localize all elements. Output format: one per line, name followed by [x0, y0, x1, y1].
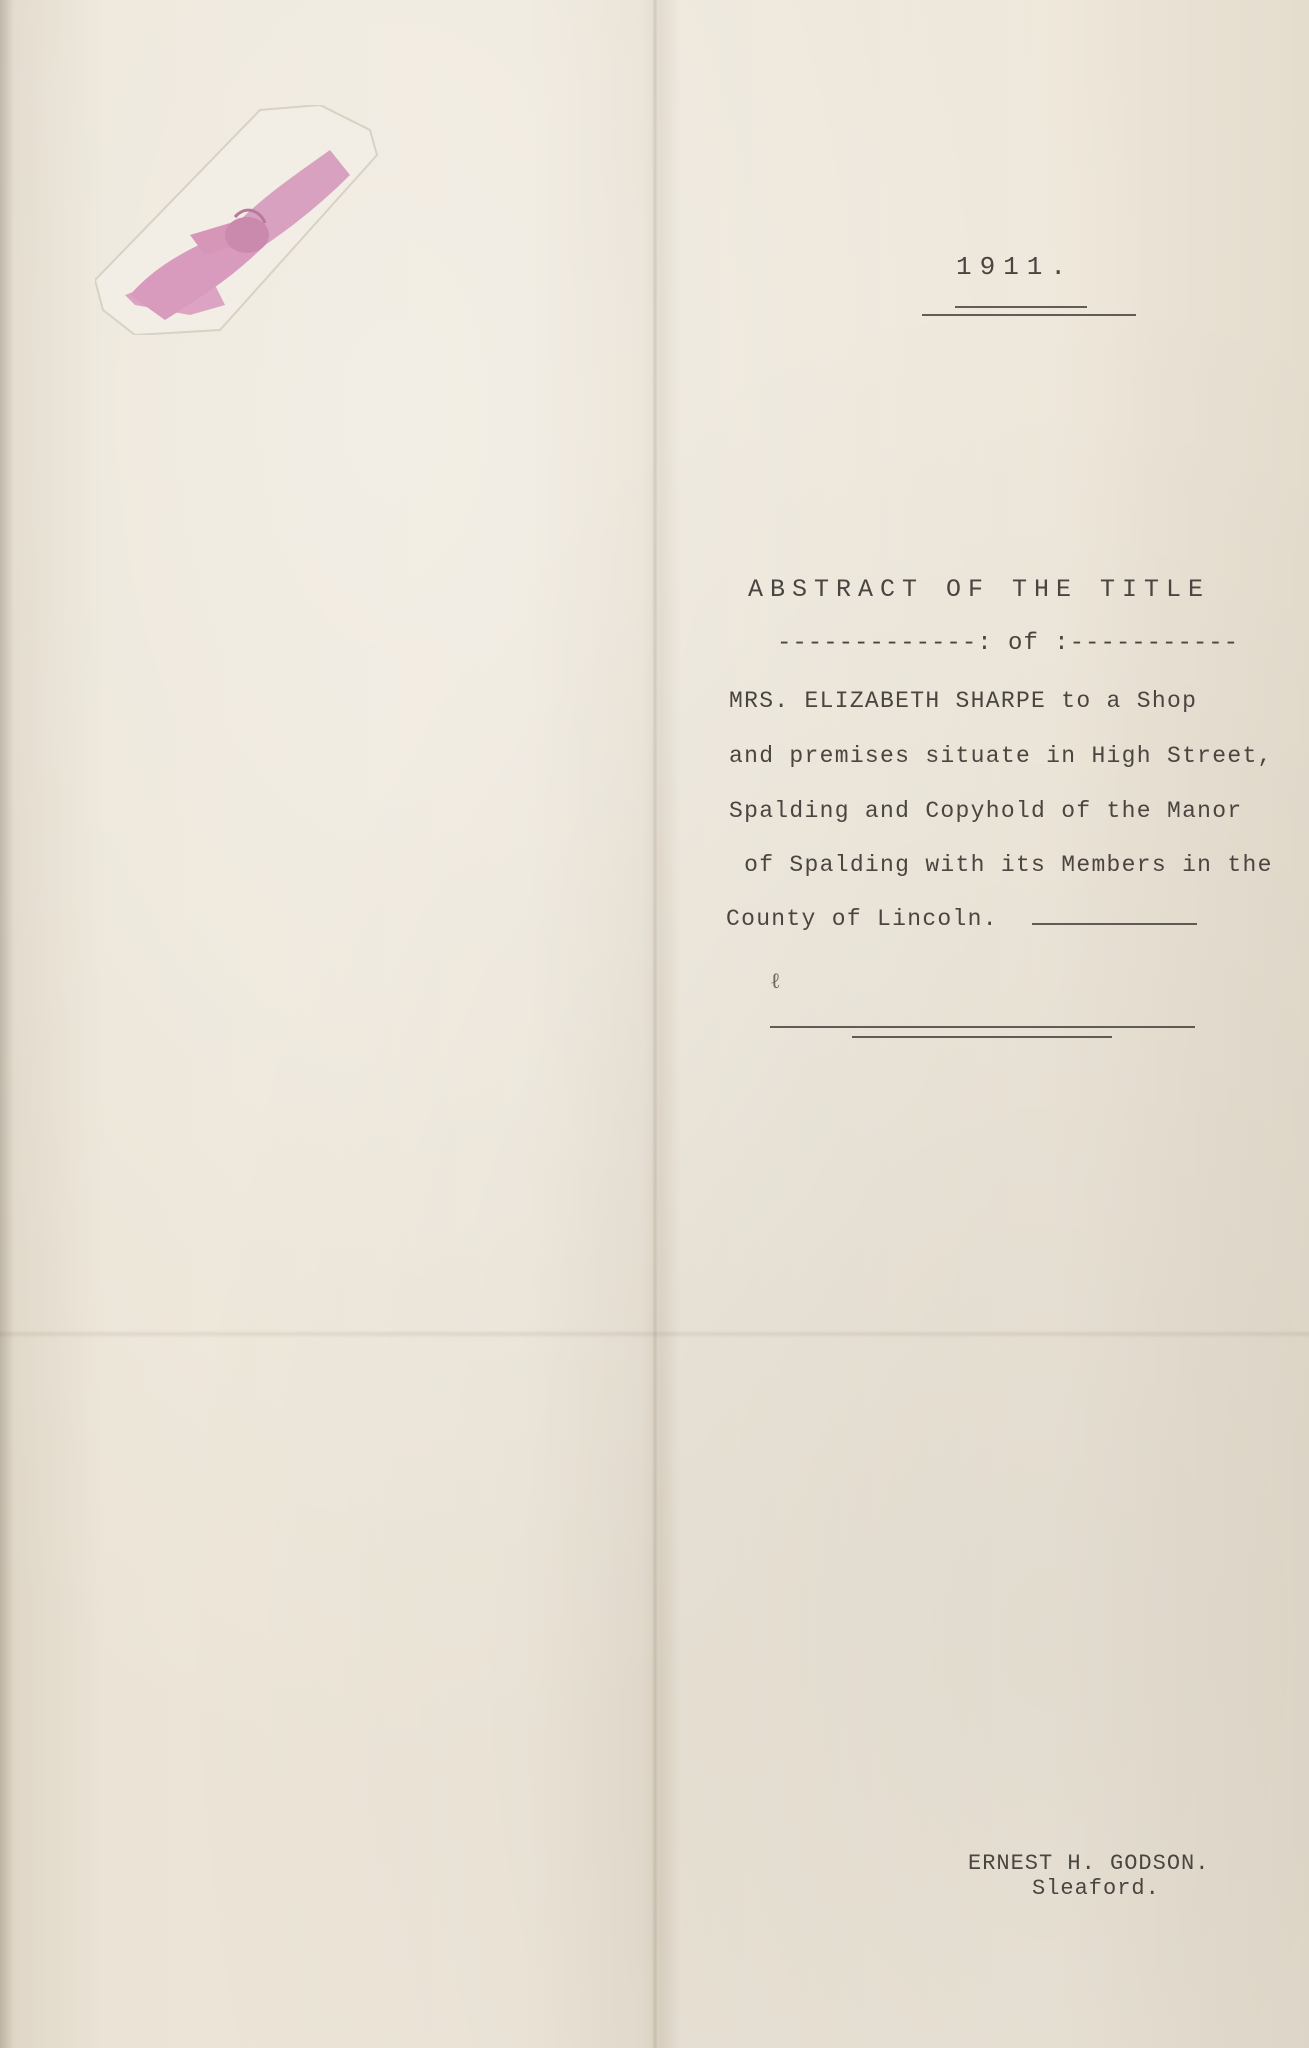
- ribbon-tie-icon: [95, 105, 385, 335]
- solicitor-place: Sleaford.: [1032, 1876, 1160, 1901]
- closing-rule-short: [852, 1036, 1112, 1038]
- year-underline-long: [922, 314, 1136, 316]
- document-title: ABSTRACT OF THE TITLE: [748, 575, 1210, 604]
- body-line-3: Spalding and Copyhold of the Manor: [729, 798, 1242, 824]
- pencil-mark: ℓ: [770, 968, 781, 994]
- vertical-fold-crease: [652, 0, 658, 2048]
- horizontal-fold-crease: [0, 1330, 1309, 1338]
- solicitor-name: ERNEST H. GODSON.: [968, 1851, 1209, 1876]
- document-year: 1911.: [956, 252, 1074, 282]
- body-line-2: and premises situate in High Street,: [729, 743, 1273, 769]
- year-underline-short: [955, 306, 1087, 308]
- title-of-separator: -------------: of :-----------: [777, 630, 1239, 657]
- body-line-4: of Spalding with its Members in the: [729, 852, 1273, 878]
- body-line-5: County of Lincoln.: [726, 906, 998, 932]
- county-trailing-rule: [1032, 923, 1197, 925]
- page-edge-shadow: [0, 0, 14, 2048]
- closing-rule-long: [770, 1026, 1195, 1028]
- body-line-1: MRS. ELIZABETH SHARPE to a Shop: [729, 688, 1197, 714]
